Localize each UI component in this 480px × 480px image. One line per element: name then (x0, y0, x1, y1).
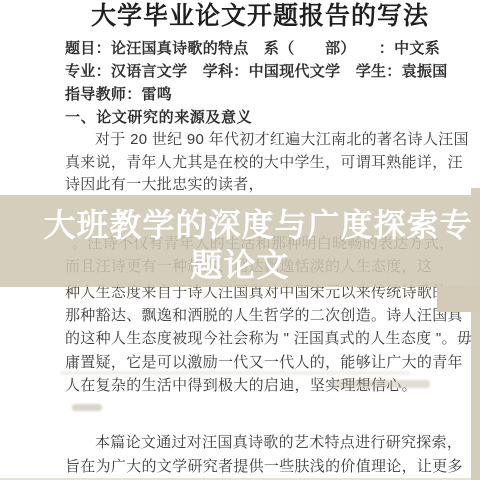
body-line: 真来说，青年人尤其是在校的大中学生，可谓耳熟能详，汪 (65, 151, 463, 172)
document-photo: 大学毕业论文开题报告的写法 题目：论汪国真诗歌的特点 系（ 部） ：中文系 专业… (0, 0, 480, 480)
header-major-student-line: 专业：汉语言文学 学科：中国现代文学 学生：袁振国 (65, 60, 465, 81)
ink-bleed-smudge (330, 380, 430, 388)
body-line: 旨在为广大的文学研究者提供一些肤浅的价值理论，让更多 (65, 455, 463, 476)
body-line: 对于 20 世纪 90 年代初才红遍大江南北的著名诗人汪国 (95, 128, 469, 149)
section-heading: 一、论文研究的来源及意义 (65, 106, 252, 127)
ink-bleed-smudge (60, 371, 410, 375)
photo-background-right-patch (437, 286, 480, 312)
watermark-text-line2: 题论文 (0, 240, 480, 286)
body-line: 本篇论文通过对汪国真诗歌的艺术特点进行研究探索， (95, 431, 462, 452)
header-advisor-line: 指导教师：雷鸣 (65, 83, 465, 104)
body-line: 庸置疑，它是可以激励一代又一代人的，能够让广大的青年 (65, 351, 463, 372)
ink-bleed-smudge (72, 404, 102, 411)
header-topic-dept-line: 题目：论汪国真诗歌的特点 系（ 部） ：中文系 (65, 37, 465, 58)
body-line: 那种豁达、飘逸和洒脱的人生哲学的二次创造。诗人汪国真 (65, 304, 463, 325)
body-line: 诗因此有一大批忠实的读者， (65, 173, 264, 194)
body-line: 的这种人生态度被现今社会称为 " 汪国真式的人生态度 "。毋 (65, 327, 472, 348)
document-title: 大学毕业论文开题报告的写法 (65, 0, 455, 32)
